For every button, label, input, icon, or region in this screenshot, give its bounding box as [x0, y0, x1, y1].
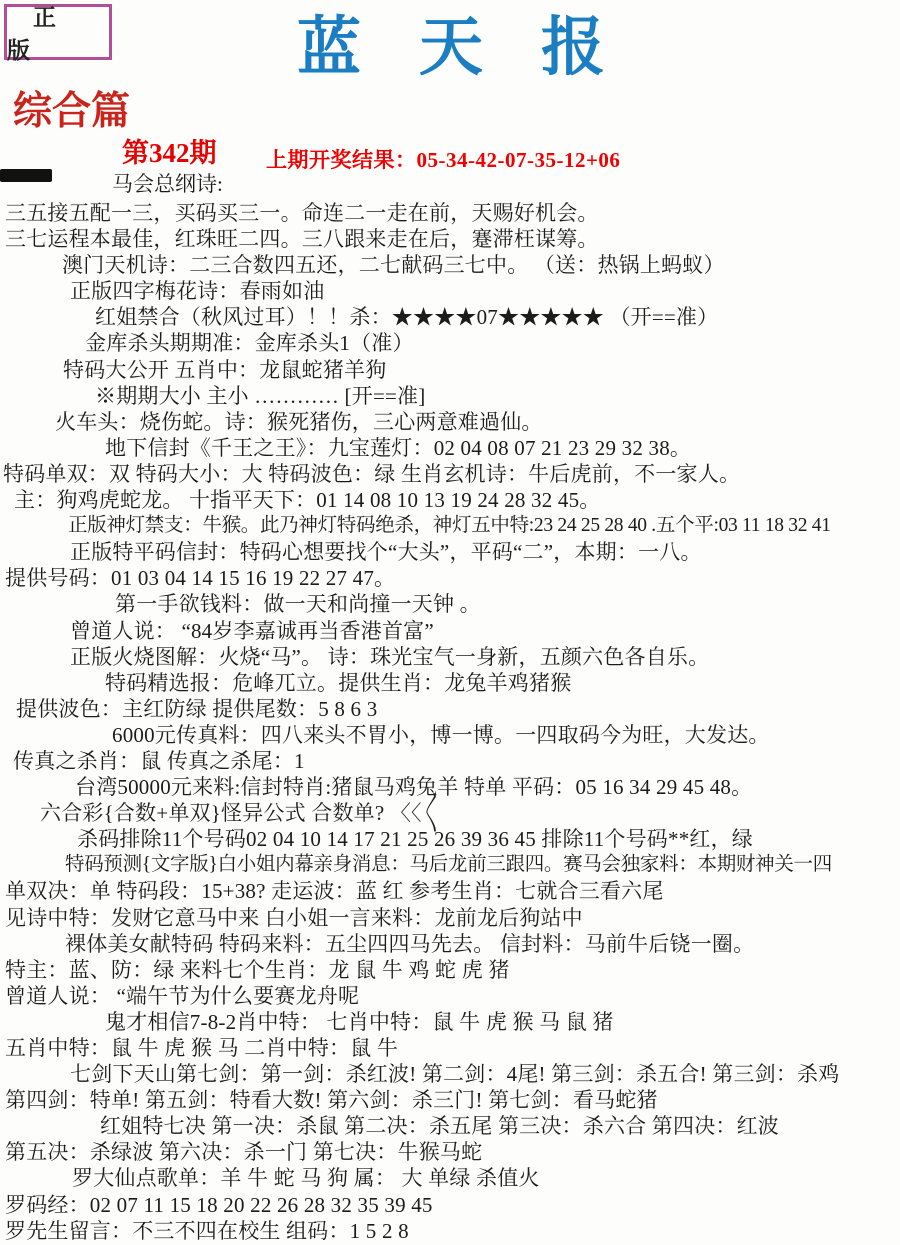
body-line: 红姐禁合（秋风过耳）！！杀：★★★★07★★★★★ （开==准） [95, 304, 900, 330]
body-line: 地下信封《千王之王》：九宝莲灯：02 04 08 07 21 23 29 32 … [105, 435, 900, 461]
body-line: 红姐特七决 第一决：杀鼠 第二决：杀五尾 第三决：杀六合 第四决：红波 [100, 1113, 900, 1139]
newspaper-title: 蓝天报 [297, 0, 663, 96]
body-line: 裸体美女献特码 特码来料：五尘四四马先去。 信封料：马前牛后铙一圈。 [65, 931, 900, 957]
body-line: 罗先生留言：不三不四在校生 组码：1 5 2 8 [5, 1218, 900, 1244]
body-line: 火车头：烧伤蛇。诗：猴死猪伤，三心两意难過仙。 [55, 409, 900, 435]
scan-artifact [0, 169, 52, 182]
issue-number: 第342期 [122, 138, 217, 168]
body-line: 杀码排除11个号码02 04 10 14 17 21 25 26 39 36 4… [77, 826, 900, 852]
body-line: 正版神灯禁支：牛猴。此乃神灯特码绝杀，神灯五中特:23 24 25 28 40 … [68, 513, 900, 539]
body-line: 正版四字梅花诗：春雨如油 [70, 278, 900, 304]
body-line: 提供波色：主红防绿 提供尾数：5 8 6 3 [16, 696, 900, 722]
body-line: 特码单双：双 特码大小：大 特码波色：绿 生肖玄机诗：牛后虎前，不一家人。 [3, 461, 900, 487]
body-line: 三七运程本最佳，红珠旺二四。三八跟来走在后，蹇滞枉谋筹。 [5, 226, 900, 252]
body-line: 曾道人说： “84岁李嘉诚再当香港首富” [70, 618, 900, 644]
body-line: 三五接五配一三，买码买三一。命连二一走在前，天赐好机会。 [5, 200, 900, 226]
body-line: 6000元传真料：四八来头不胃小，博一博。一四取码今为旺，大发达。 [112, 722, 900, 748]
authentic-stamp-label: 正版 [7, 0, 109, 65]
body-line: 主：狗鸡虎蛇龙。 十指平天下：01 14 08 10 13 19 24 28 3… [14, 487, 900, 513]
intro-line: 马会总纲诗: [112, 172, 223, 196]
last-draw-result: 上期开奖结果：05-34-42-07-35-12+06 [266, 148, 620, 172]
body-line: 曾道人说： “端午节为什么要赛龙舟呢 [5, 983, 900, 1009]
body-line: 第五决：杀绿波 第六决：杀一门 第七决：牛猴马蛇 [5, 1139, 900, 1165]
body-line: 特主：蓝、防：绿 来料七个生肖：龙 鼠 牛 鸡 蛇 虎 猪 [5, 957, 900, 983]
body-line: 单双决：单 特码段：15+38? 走运波：蓝 红 参考生肖：七就合三看六尾 [5, 878, 900, 904]
body-line: 澳门天机诗：二三合数四五还，二七献码三七中。 （送：热锅上蚂蚁） [62, 252, 900, 278]
authentic-stamp-box: 正版 [4, 4, 112, 60]
body-line: 传真之杀肖：鼠 传真之杀尾：1 [13, 748, 900, 774]
body-line: 第一手欲钱料：做一天和尚撞一天钟 。 [115, 591, 900, 617]
body-line: 提供号码：01 03 04 14 15 16 19 22 27 47。 [5, 565, 900, 591]
body-line: 六合彩{合数+单双}怪异公式 合数单? 〈〈〱 [40, 800, 900, 826]
body-line: 台湾50000元来料:信封特肖:猪鼠马鸡兔羊 特单 平码：05 16 34 29… [75, 774, 900, 800]
body-line: 特码大公开 五肖中：龙鼠蛇猪羊狗 [63, 357, 900, 383]
body-line: 鬼才相信7-8-2肖中特： 七肖中特：鼠 牛 虎 猴 马 鼠 猪 [105, 1009, 900, 1035]
section-title: 综合篇 [13, 90, 130, 134]
body-line: 见诗中特：发财它意马中来 白小姐一言来料：龙前龙后狗站中 [5, 905, 900, 931]
body-line: 金库杀头期期准：金库杀头1（准） [85, 330, 900, 356]
body-line: 特码精选报：危峰兀立。提供生肖：龙兔羊鸡猪猴 [105, 670, 900, 696]
body-line: 五肖中特：鼠 牛 虎 猴 马 二肖中特：鼠 牛 [5, 1035, 900, 1061]
body-line: 罗码经：02 07 11 15 18 20 22 26 28 32 35 39 … [5, 1192, 900, 1218]
body-line: 特码预测{文字版}白小姐内幕亲身消息：马后龙前三跟四。赛马会独家料：本期财神关一… [65, 852, 900, 878]
body-line: 第四剑：特单! 第五剑：特看大数! 第六剑：杀三门! 第七剑：看马蛇猪 [5, 1087, 900, 1113]
body-line: ※期期大小 主小 ………… [开==准] [95, 383, 900, 409]
body-line: 正版火烧图解：火烧“马”。 诗：珠光宝气一身新，五颜六色各自乐。 [70, 644, 900, 670]
body-line: 罗大仙点歌单：羊 牛 蛇 马 狗 属： 大 单绿 杀值火 [72, 1165, 900, 1191]
body-line: 正版特平码信封：特码心想要找个“大头”，平码“二”，本期：一八。 [70, 539, 900, 565]
body-line: 七剑下天山第七剑：第一剑：杀红波! 第二剑：4尾! 第三剑：杀五合! 第三剑：杀… [70, 1061, 900, 1087]
predictions-body: 三五接五配一三，买码买三一。命连二一走在前，天赐好机会。 三七运程本最佳，红珠旺… [0, 200, 900, 1244]
